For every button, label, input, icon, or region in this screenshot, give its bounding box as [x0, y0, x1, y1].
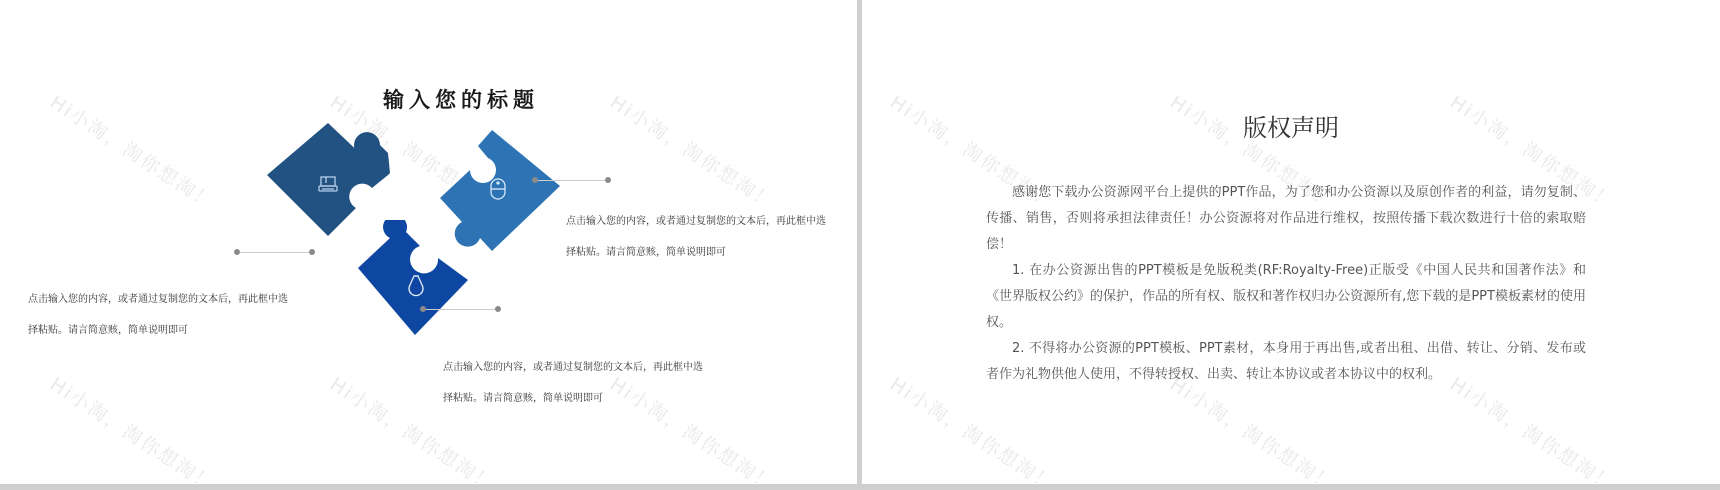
slide-copyright[interactable]: Hi小淘，淘你想淘！ Hi小淘，淘你想淘！ Hi小淘，淘你想淘！ Hi小淘，淘你… — [862, 0, 1720, 484]
connector-line — [237, 252, 312, 253]
connector-dot — [420, 306, 426, 312]
paragraph: 2. 不得将办公资源的PPT模板、PPT素材，本身用于再出售,或者出租、出借、转… — [986, 336, 1586, 388]
text-block-left[interactable]: 点击输入您的内容，或者通过复制您的文本后，再此框中选 择粘贴。请言简意赅，简单说… — [28, 284, 298, 346]
paragraph: 1. 在办公资源出售的PPT模板是免版税类(RF:Royalty-Free)正版… — [986, 258, 1586, 336]
connector-dot — [309, 249, 315, 255]
text-line: 择粘贴。请言简意赅，简单说明即可 — [28, 315, 298, 346]
slide-title[interactable]: 版权声明 — [862, 108, 1720, 143]
text-line: 点击输入您的内容，或者通过复制您的文本后，再此框中选 — [566, 206, 836, 237]
copyright-body[interactable]: 感谢您下载办公资源网平台上提供的PPT作品，为了您和办公资源以及原创作者的利益，… — [986, 180, 1586, 388]
text-line: 点击输入您的内容，或者通过复制您的文本后，再此框中选 — [28, 284, 298, 315]
slide-puzzle[interactable]: Hi小淘，淘你想淘！ Hi小淘，淘你想淘！ Hi小淘，淘你想淘！ Hi小淘，淘你… — [0, 0, 857, 484]
text-block-right[interactable]: 点击输入您的内容，或者通过复制您的文本后，再此框中选 择粘贴。请言简意赅，简单说… — [566, 206, 836, 268]
connector-dot — [495, 306, 501, 312]
connector-line — [423, 309, 498, 310]
puzzle-piece-bulb[interactable] — [350, 220, 480, 340]
connector-line — [535, 180, 608, 181]
text-block-bottom[interactable]: 点击输入您的内容，或者通过复制您的文本后，再此框中选 择粘贴。请言简意赅，简单说… — [443, 352, 713, 414]
watermark: Hi小淘，淘你想淘！ — [605, 88, 780, 215]
paragraph: 感谢您下载办公资源网平台上提供的PPT作品，为了您和办公资源以及原创作者的利益，… — [986, 180, 1586, 258]
watermark: Hi小淘，淘你想淘！ — [45, 370, 220, 484]
connector-dot — [532, 177, 538, 183]
connector-dot — [234, 249, 240, 255]
connector-dot — [605, 177, 611, 183]
watermark: Hi小淘，淘你想淘！ — [45, 88, 220, 215]
slide-title[interactable]: 输入您的标题 — [383, 84, 539, 114]
text-line: 点击输入您的内容，或者通过复制您的文本后，再此框中选 — [443, 352, 713, 383]
text-line: 择粘贴。请言简意赅，简单说明即可 — [566, 237, 836, 268]
text-line: 择粘贴。请言简意赅，简单说明即可 — [443, 383, 713, 414]
